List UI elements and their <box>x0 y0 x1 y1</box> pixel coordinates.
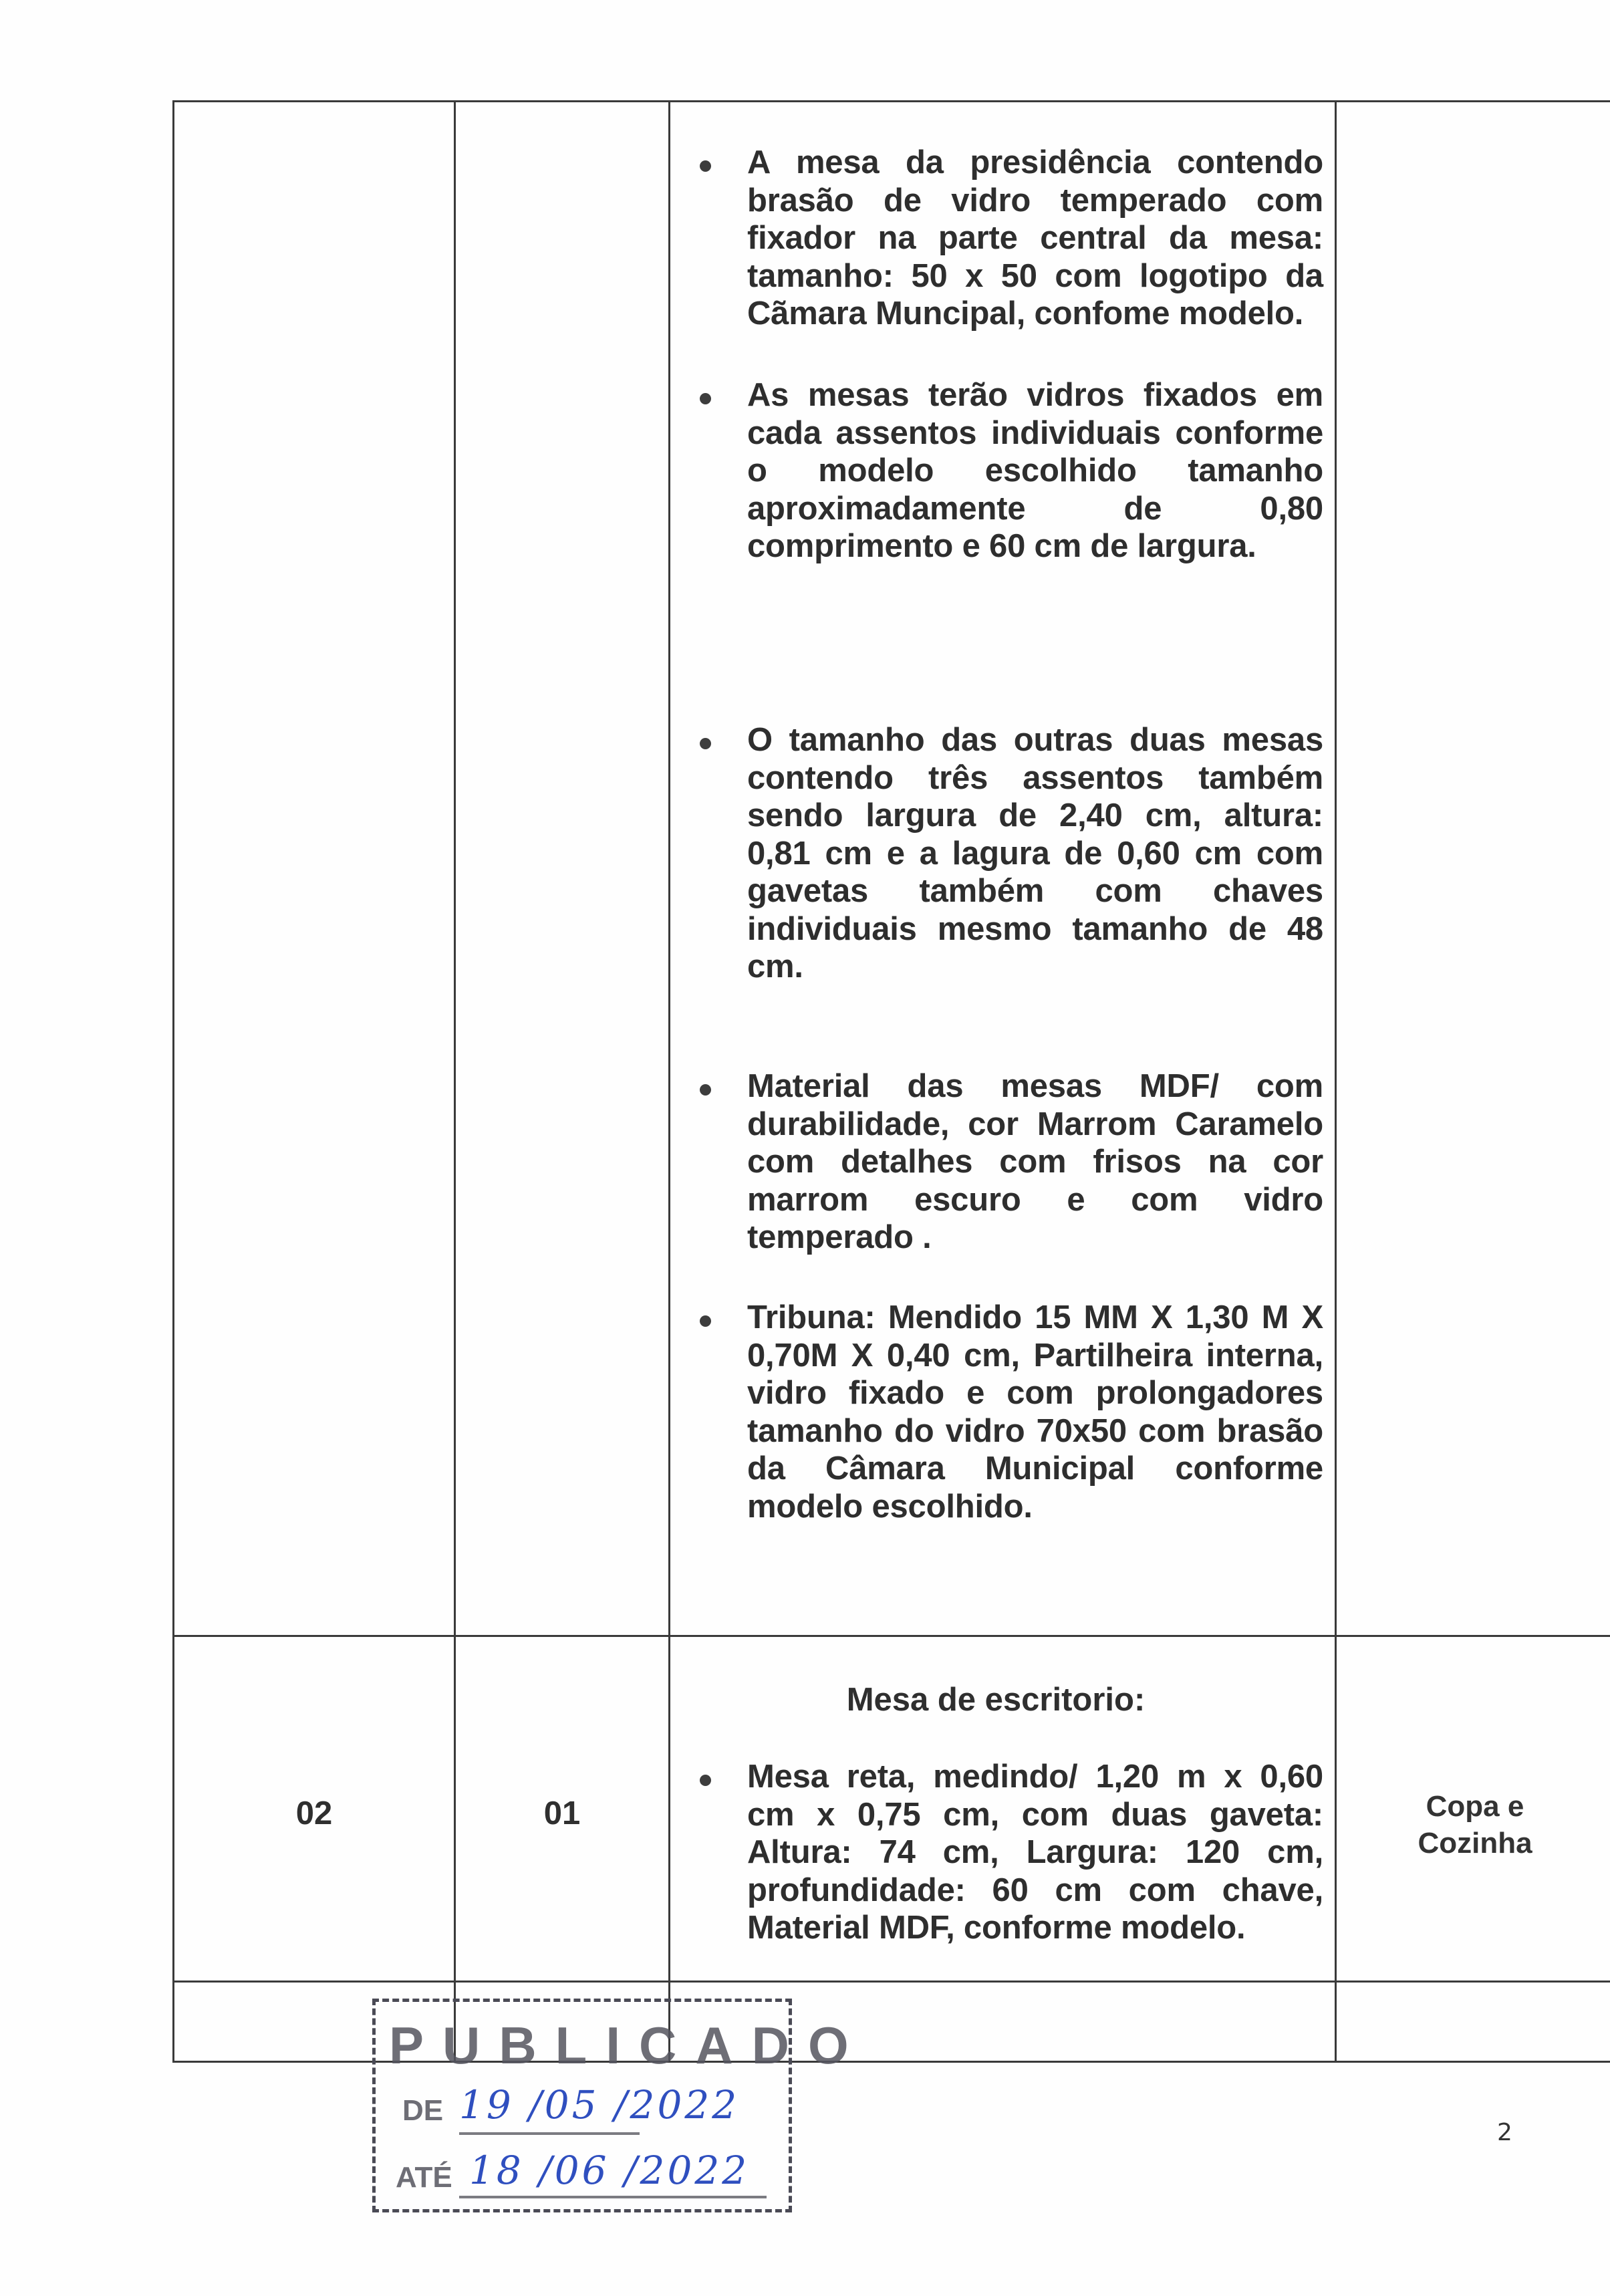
bullet-icon <box>700 1315 711 1327</box>
item-description: O tamanho das outras duas mesas contendo… <box>747 721 1323 986</box>
item-description: As mesas terão vidros fixados em cada as… <box>747 376 1323 565</box>
bullet-icon <box>700 160 711 172</box>
stamp-from-underline <box>459 2132 640 2135</box>
item-quantity: 01 <box>456 1795 668 1832</box>
stamp-to-underline <box>459 2196 767 2198</box>
page-number: 2 <box>1497 2119 1512 2146</box>
stamp-to-date: 18 /06 /2022 <box>469 2148 749 2193</box>
item-description: Tribuna: Mendido 15 MM X 1,30 M X 0,70M … <box>747 1299 1323 1525</box>
bullet-icon <box>700 1084 711 1096</box>
bullet-icon <box>700 393 711 404</box>
row-divider <box>172 1981 1610 1983</box>
document-page: A mesa da presidência contendo brasão de… <box>0 0 1610 2296</box>
stamp-to-label: ATÉ <box>396 2161 452 2194</box>
item-description: Material das mesas MDF/ com durabilidade… <box>747 1067 1323 1257</box>
item-location: Copa e Cozinha <box>1340 1788 1610 1862</box>
column-divider <box>454 100 456 2062</box>
item-description: A mesa da presidência contendo brasão de… <box>747 144 1323 333</box>
stamp-from-label: DE <box>402 2094 443 2128</box>
item-description: Mesa reta, medindo/ 1,20 m x 0,60 cm x 0… <box>747 1758 1323 1947</box>
publication-stamp: PUBLICADO DE 19 /05 /2022 ATÉ 18 /06 /20… <box>372 1999 792 2212</box>
item-number: 02 <box>174 1795 454 1832</box>
stamp-from-date: 19 /05 /2022 <box>459 2082 739 2128</box>
bullet-icon <box>700 1775 711 1786</box>
stamp-title: PUBLICADO <box>389 2015 867 2076</box>
column-divider <box>1335 100 1337 2062</box>
item-title: Mesa de escritorio: <box>668 1681 1323 1718</box>
column-divider <box>668 100 670 2062</box>
row-divider <box>172 1635 1610 1637</box>
table-left-border <box>172 100 174 2062</box>
bullet-icon <box>700 738 711 749</box>
table-top-border <box>172 100 1610 102</box>
